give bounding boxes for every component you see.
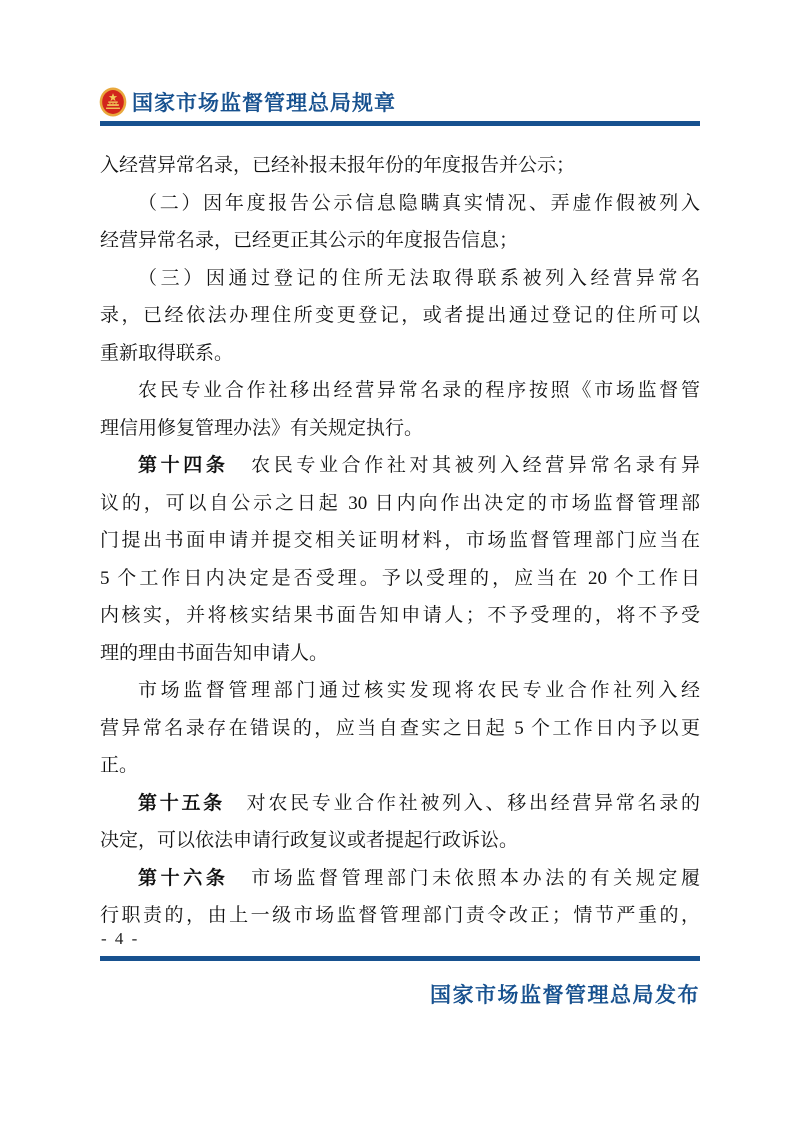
- body-line: 理信用修复管理办法》有关规定执行。: [100, 410, 700, 448]
- body-line: 议的，可以自公示之日起 30 日内向作出决定的市场监督管理部: [100, 485, 700, 523]
- body-line: 决定，可以依法申请行政复议或者提起行政诉讼。: [100, 822, 700, 860]
- article-text: 对农民专业合作社被列入、移出经营异常名录的: [225, 793, 700, 814]
- article-number: 第十五条: [138, 793, 225, 814]
- article-text: 农民专业合作社对其被列入经营异常名录有异: [229, 455, 700, 476]
- body-line: 录，已经依法办理住所变更登记，或者提出通过登记的住所可以: [100, 297, 700, 335]
- page-number: - 4 -: [101, 927, 139, 951]
- body-line: 理的理由书面告知申请人。: [100, 635, 700, 673]
- article-number: 第十六条: [138, 868, 229, 889]
- article-number: 第十四条: [138, 455, 229, 476]
- body-line: 经营异常名录，已经更正其公示的年度报告信息；: [100, 222, 700, 260]
- header-rule: [100, 121, 700, 126]
- body-line: 营异常名录存在错误的，应当自查实之日起 5 个工作日内予以更: [100, 710, 700, 748]
- article-text: 市场监督管理部门未依照本办法的有关规定履: [229, 868, 700, 889]
- body-line: 5 个工作日内决定是否受理。予以受理的，应当在 20 个工作日: [100, 560, 700, 598]
- body-line: 重新取得联系。: [100, 335, 700, 373]
- body-line: 行职责的，由上一级市场监督管理部门责令改正；情节严重的，: [100, 897, 700, 935]
- body-line: 第十六条 市场监督管理部门未依照本办法的有关规定履: [100, 860, 700, 898]
- body-line: 内核实，并将核实结果书面告知申请人；不予受理的，将不予受: [100, 597, 700, 635]
- body-line: （三）因通过登记的住所无法取得联系被列入经营异常名: [100, 260, 700, 298]
- body-line: 农民专业合作社移出经营异常名录的程序按照《市场监督管: [100, 372, 700, 410]
- header-title: 国家市场监督管理总局规章: [132, 87, 396, 117]
- body-line: 第十五条 对农民专业合作社被列入、移出经营异常名录的: [100, 785, 700, 823]
- body-line: 入经营异常名录，已经补报未报年份的年度报告并公示；: [100, 147, 700, 185]
- publisher-line: 国家市场监督管理总局发布: [100, 979, 700, 1009]
- body-text: 入经营异常名录，已经补报未报年份的年度报告并公示； （二）因年度报告公示信息隐瞒…: [100, 147, 700, 935]
- body-line: 门提出书面申请并提交相关证明材料，市场监督管理部门应当在: [100, 522, 700, 560]
- body-line: 正。: [100, 747, 700, 785]
- body-line: （二）因年度报告公示信息隐瞒真实情况、弄虚作假被列入: [100, 185, 700, 223]
- document-page: 国家市场监督管理总局规章 入经营异常名录，已经补报未报年份的年度报告并公示； （…: [0, 0, 793, 1122]
- body-line: 第十四条 农民专业合作社对其被列入经营异常名录有异: [100, 447, 700, 485]
- page-header: 国家市场监督管理总局规章: [99, 85, 699, 119]
- body-line: 市场监督管理部门通过核实发现将农民专业合作社列入经: [100, 672, 700, 710]
- china-national-emblem-icon: [99, 87, 127, 117]
- footer-rule: [100, 956, 700, 961]
